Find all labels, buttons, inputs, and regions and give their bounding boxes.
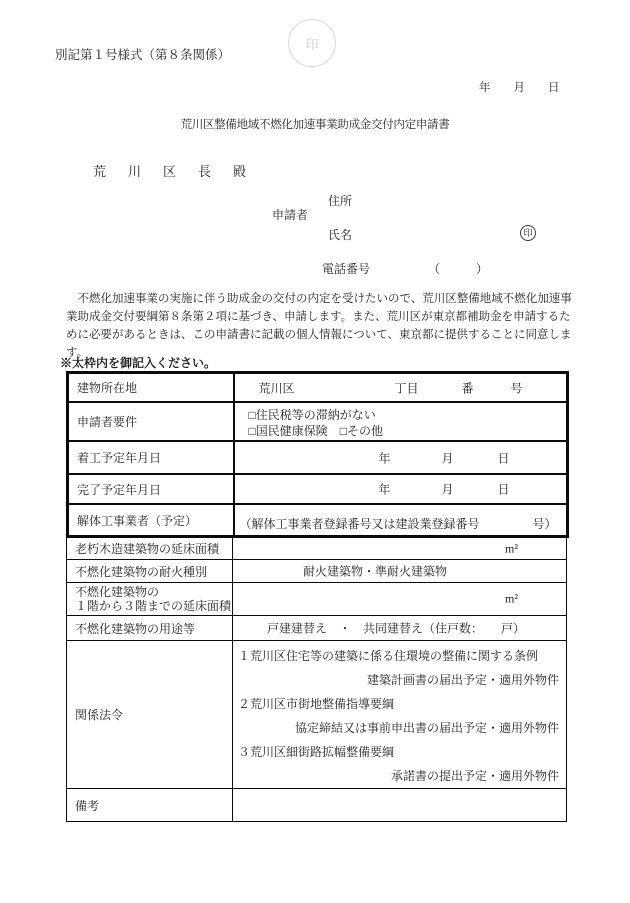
demolition-contractor-value: （解体工事業者登録番号又は建設業登録番号 号）	[234, 504, 568, 537]
end-date-label: 完了予定年月日	[68, 474, 234, 504]
table-row-floors-area: 不燃化建築物の １階から３階までの延床面積 m²	[67, 583, 567, 616]
fire-resistance-options: 耐火建築物・準耐火建築物	[303, 563, 447, 580]
date-line: 年 月 日	[479, 79, 560, 95]
start-date-label: 着工予定年月日	[68, 441, 234, 474]
table-row-building-location: 建物所在地 荒川区 丁目 番 号	[68, 373, 568, 403]
body-paragraph: 不燃化加速事業の実施に伴う助成金の交付の内定を受けたいので、荒川区整備地域不燃化…	[66, 290, 566, 362]
building-location-value: 荒川区 丁目 番 号	[234, 373, 568, 403]
law-item-title: １荒川区住宅等の建築に係る住環境の整備に関する条例	[233, 644, 566, 668]
unit-count-suffix: 戸）	[501, 620, 525, 637]
square-meter-unit: m²	[505, 592, 518, 607]
law-item-title: ２荒川区市街地整備指導要綱	[233, 692, 566, 716]
registration-number-suffix: 号）	[533, 515, 557, 532]
table-row-old-building-area: 老朽木造建築物の延床面積 m²	[67, 538, 567, 560]
seal-mark-icon: 印	[520, 225, 536, 241]
month-label: 月	[442, 449, 454, 466]
table-row-remarks: 備考	[67, 789, 567, 822]
page-title: 荒川区整備地域不燃化加速事業助成金交付内定申請書	[0, 116, 630, 132]
applicant-requirements-value: □住民税等の滞納がない □国民健康保険 □その他	[234, 402, 568, 441]
seal-mark-label: 印	[523, 229, 532, 238]
receipt-stamp-placeholder-icon: 印	[288, 19, 336, 67]
building-location-label: 建物所在地	[68, 373, 234, 403]
stamp-label: 印	[305, 34, 318, 53]
applicant-name-label: 氏名	[328, 226, 352, 243]
law-item-sub: 協定締結又は事前申出書の届出予定・適用外物件	[233, 716, 566, 740]
phone-label: 電話番号	[322, 260, 370, 277]
related-laws-label-cell: 関係法令	[67, 641, 233, 789]
law-item-sub: 承諾書の提出予定・適用外物件	[233, 764, 566, 788]
body-line: めに必要があるときは、この申請書に記載の個人情報について、東京都に提供することに…	[66, 326, 566, 344]
table-row-start-date: 着工予定年月日 年 月 日	[68, 441, 568, 474]
day-label: 日	[498, 481, 510, 498]
bold-frame-note: ※太枠内を御記入ください。	[60, 354, 216, 371]
floors-area-label: 不燃化建築物の １階から３階までの延床面積	[67, 583, 233, 616]
building-use-label: 不燃化建築物の用途等	[67, 616, 233, 641]
table-row-end-date: 完了予定年月日 年 月 日	[68, 474, 568, 504]
month-label: 月	[442, 481, 454, 498]
day-label: 日	[498, 449, 510, 466]
fire-resistance-type-label: 不燃化建築物の耐火種別	[67, 560, 233, 583]
body-line: 不燃化加速事業の実施に伴う助成金の交付の内定を受けたいので、荒川区整備地域不燃化…	[66, 290, 566, 308]
building-use-value: 戸建建替え ・ 共同建替え（住戸数： 戸）	[233, 616, 567, 641]
form-number: 別記第１号様式（第８条関係）	[55, 45, 230, 63]
phone-blank-parentheses: （ ）	[428, 260, 488, 277]
end-date-value: 年 月 日	[234, 474, 568, 504]
related-laws-value: １荒川区住宅等の建築に係る住環境の整備に関する条例 建築計画書の届出予定・適用外…	[233, 641, 567, 789]
floors-area-label-line: １階から３階までの延床面積	[75, 599, 232, 613]
table-row-demolition-contractor: 解体工事業者（予定） （解体工事業者登録番号又は建設業登録番号 号）	[68, 504, 568, 537]
go-label: 号	[511, 379, 523, 396]
registration-number-note: （解体工事業者登録番号又は建設業登録番号	[240, 515, 480, 532]
applicant-requirements-label: 申請者要件	[68, 402, 234, 441]
ban-label: 番	[462, 379, 474, 396]
related-laws-label: 関係法令	[67, 641, 232, 788]
table-row-fire-resistance-type: 不燃化建築物の耐火種別 耐火建築物・準耐火建築物	[67, 560, 567, 583]
body-line: 業助成金交付要綱第８条第２項に基づき、申請します。また、荒川区が東京都補助金を申…	[66, 308, 566, 326]
chome-label: 丁目	[395, 379, 419, 396]
ward-text: 荒川区	[259, 379, 295, 396]
application-table: 建物所在地 荒川区 丁目 番 号 申請者要件 □住民税等の滞納がない □国民健康…	[66, 371, 566, 822]
remarks-value	[233, 789, 567, 822]
application-form-page: 別記第１号様式（第８条関係） 印 年 月 日 荒川区整備地域不燃化加速事業助成金…	[0, 0, 630, 903]
old-building-area-label: 老朽木造建築物の延床面積	[67, 538, 233, 560]
law-item-title: ３荒川区細街路拡幅整備要綱	[233, 740, 566, 764]
year-label: 年	[379, 449, 391, 466]
bold-frame-section: 建物所在地 荒川区 丁目 番 号 申請者要件 □住民税等の滞納がない □国民健康…	[66, 371, 569, 538]
thin-section: 老朽木造建築物の延床面積 m² 不燃化建築物の耐火種別 耐火建築物・準耐火建築物…	[66, 538, 567, 822]
square-meter-unit: m²	[505, 541, 518, 556]
floors-area-label-line: 不燃化建築物の	[75, 585, 232, 599]
table-row-related-laws: 関係法令 １荒川区住宅等の建築に係る住環境の整備に関する条例 建築計画書の届出予…	[67, 641, 567, 789]
remarks-label: 備考	[67, 789, 233, 822]
old-building-area-value: m²	[233, 538, 567, 560]
start-date-value: 年 月 日	[234, 441, 568, 474]
requirement-checkbox-line: □国民健康保険 □その他	[249, 423, 567, 439]
table-row-building-use: 不燃化建築物の用途等 戸建建替え ・ 共同建替え（住戸数： 戸）	[67, 616, 567, 641]
fire-resistance-type-value: 耐火建築物・準耐火建築物	[233, 560, 567, 583]
applicant-label: 申請者	[272, 206, 308, 223]
applicant-address-label: 住所	[328, 192, 352, 209]
requirement-checkbox-line: □住民税等の滞納がない	[249, 407, 567, 423]
year-label: 年	[379, 481, 391, 498]
table-row-applicant-requirements: 申請者要件 □住民税等の滞納がない □国民健康保険 □その他	[68, 402, 568, 441]
floors-area-value: m²	[233, 583, 567, 616]
law-item-sub: 建築計画書の届出予定・適用外物件	[233, 668, 566, 692]
building-use-options: 戸建建替え ・ 共同建替え（住戸数：	[267, 620, 483, 637]
addressee-line: 荒川区長殿	[93, 161, 268, 180]
demolition-contractor-label: 解体工事業者（予定）	[68, 504, 234, 537]
